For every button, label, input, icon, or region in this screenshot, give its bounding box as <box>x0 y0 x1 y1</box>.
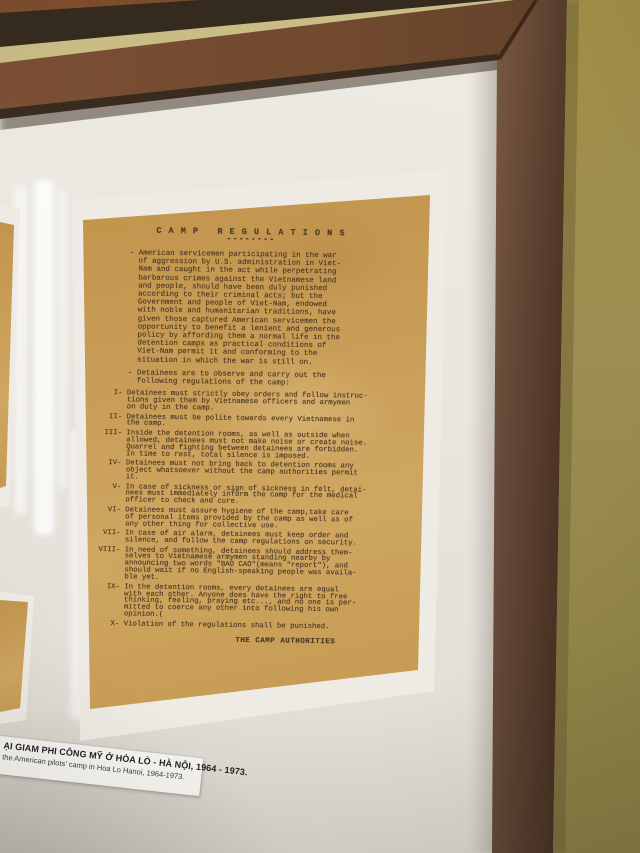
camp-regulations-document: C A M P R E G U L A T I O N S -------- -… <box>83 195 432 712</box>
regulation-item: VII- In case of air alarm, detainees mus… <box>99 530 395 548</box>
typewritten-text: C A M P R E G U L A T I O N S -------- -… <box>97 225 399 647</box>
regulation-item: III- Inside the detention rooms, as well… <box>100 430 396 462</box>
regulation-item: X- Violation of the regulations shall be… <box>97 621 393 632</box>
document-signoff: THE CAMP AUTHORITIES <box>235 637 393 647</box>
regulation-item: VI- Detainees must assure hygiene of the… <box>99 507 395 532</box>
intro-paragraph: - American servicemen participating in t… <box>101 249 399 368</box>
intro-paragraph: - Detainees are to observe and carry out… <box>101 369 397 390</box>
museum-photo: C A M P R E G U L A T I O N S -------- -… <box>0 0 640 853</box>
regulation-item: VIII- In need of something, detainees sh… <box>98 546 394 585</box>
regulation-item: IV- Detainees must not bring back to det… <box>99 460 395 485</box>
regulation-item: I- Detainees must strictly obey orders a… <box>100 390 396 415</box>
regulation-item: V- In case of sickness or sign of sickne… <box>99 483 395 508</box>
regulation-item: IX- In the detention rooms, every detain… <box>98 584 394 623</box>
